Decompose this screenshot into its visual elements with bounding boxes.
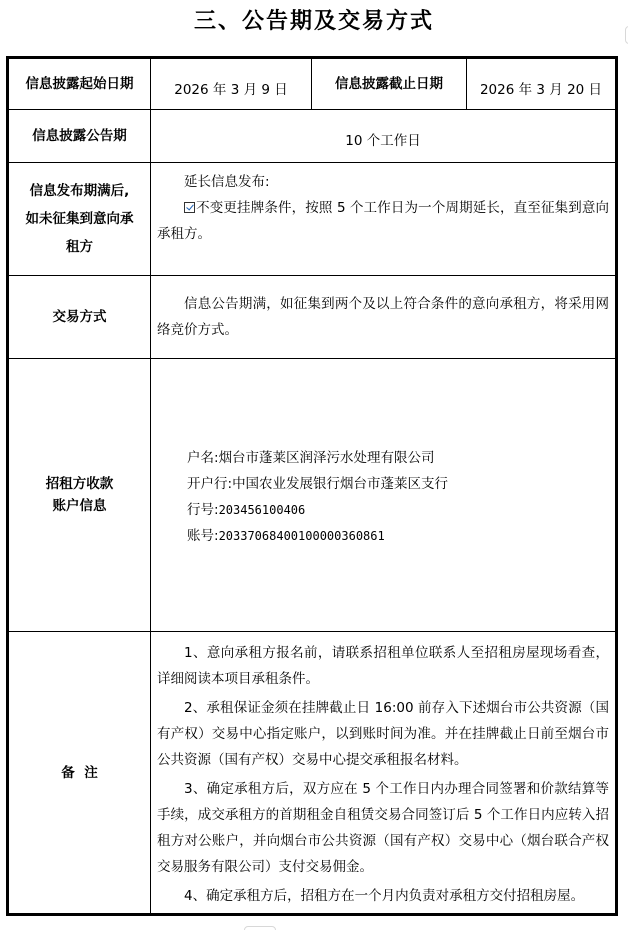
extension-label-line1: 信息发布期满后, [9, 177, 150, 205]
extension-option: 不变更挂牌条件，按照 5 个工作日为一个周期延长，直至征集到意向承租方。 [151, 195, 615, 247]
extension-label: 信息发布期满后, 如未征集到意向承 租方 [8, 163, 151, 276]
account-number-label: 账号: [187, 528, 219, 544]
announcement-table: 信息披露起始日期 2026 年 3 月 9 日 信息披露截止日期 2026 年 … [6, 56, 618, 916]
account-bank-label: 开户行: [187, 476, 232, 492]
remark-item-1: 1、意向承租方报名前，请联系招租单位联系人至招租房屋现场看查，详细阅读本项目承租… [151, 640, 615, 692]
account-bank-number-value: 203456100406 [219, 503, 306, 517]
remarks-content: 1、意向承租方报名前，请联系招租单位联系人至招租房屋现场看查，详细阅读本项目承租… [151, 632, 617, 915]
row-period: 信息披露公告期 10 个工作日 [8, 110, 617, 163]
row-extension: 信息发布期满后, 如未征集到意向承 租方 延长信息发布: 不变更挂牌条件，按照 … [8, 163, 617, 276]
checkbox-checked-icon[interactable] [184, 202, 195, 213]
page-edge-marker-bottom-center [244, 926, 276, 930]
account-label-line2: 账户信息 [9, 495, 150, 517]
period-value: 10 个工作日 [151, 110, 617, 163]
account-name-value: 烟台市蓬莱区润泽污水处理有限公司 [219, 450, 435, 466]
remark-item-2: 2、承租保证金须在挂牌截止日 16:00 前存入下述烟台市公共资源（国有产权）交… [151, 695, 615, 773]
account-bank: 开户行:中国农业发展银行烟台市蓬莱区支行 [151, 471, 615, 497]
remark-item-3: 3、确定承租方后，双方应在 5 个工作日内办理合同签署和价款结算等手续，成交承租… [151, 776, 615, 880]
start-date-label: 信息披露起始日期 [8, 58, 151, 110]
end-date-label: 信息披露截止日期 [312, 58, 467, 110]
extension-content: 延长信息发布: 不变更挂牌条件，按照 5 个工作日为一个周期延长，直至征集到意向… [151, 163, 617, 276]
remarks-label: 备 注 [8, 632, 151, 915]
row-account: 招租方收款 账户信息 户名:烟台市蓬莱区润泽污水处理有限公司 开户行:中国农业发… [8, 359, 617, 632]
section-title: 三、公告期及交易方式 [0, 6, 628, 36]
row-dates: 信息披露起始日期 2026 年 3 月 9 日 信息披露截止日期 2026 年 … [8, 58, 617, 110]
account-number-value: 20337068400100000360861 [219, 529, 385, 543]
trade-method-text: 信息公告期满，如征集到两个及以上符合条件的意向承租方，将采用网络竞价方式。 [151, 291, 615, 343]
row-trade-method: 交易方式 信息公告期满，如征集到两个及以上符合条件的意向承租方，将采用网络竞价方… [8, 276, 617, 359]
extension-label-line2: 如未征集到意向承 [9, 205, 150, 233]
extension-label-line3: 租方 [9, 233, 150, 261]
start-date-value: 2026 年 3 月 9 日 [151, 58, 312, 110]
account-content: 户名:烟台市蓬莱区润泽污水处理有限公司 开户行:中国农业发展银行烟台市蓬莱区支行… [151, 359, 617, 632]
account-bank-value: 中国农业发展银行烟台市蓬莱区支行 [232, 476, 448, 492]
account-bank-number: 行号:203456100406 [151, 497, 615, 523]
account-name: 户名:烟台市蓬莱区润泽污水处理有限公司 [151, 445, 615, 471]
account-name-label: 户名: [187, 450, 219, 466]
trade-method-label: 交易方式 [8, 276, 151, 359]
account-number: 账号:20337068400100000360861 [151, 523, 615, 549]
remark-item-4: 4、确定承租方后，招租方在一个月内负责对承租方交付招租房屋。 [151, 883, 615, 909]
extension-option-text: 不变更挂牌条件，按照 5 个工作日为一个周期延长，直至征集到意向承租方。 [157, 200, 609, 242]
period-label: 信息披露公告期 [8, 110, 151, 163]
account-bank-number-label: 行号: [187, 502, 219, 518]
extension-heading: 延长信息发布: [151, 169, 615, 195]
row-remarks: 备 注 1、意向承租方报名前，请联系招租单位联系人至招租房屋现场看查，详细阅读本… [8, 632, 617, 915]
account-label-line1: 招租方收款 [9, 473, 150, 495]
trade-method-content: 信息公告期满，如征集到两个及以上符合条件的意向承租方，将采用网络竞价方式。 [151, 276, 617, 359]
end-date-value: 2026 年 3 月 20 日 [467, 58, 617, 110]
account-label: 招租方收款 账户信息 [8, 359, 151, 632]
